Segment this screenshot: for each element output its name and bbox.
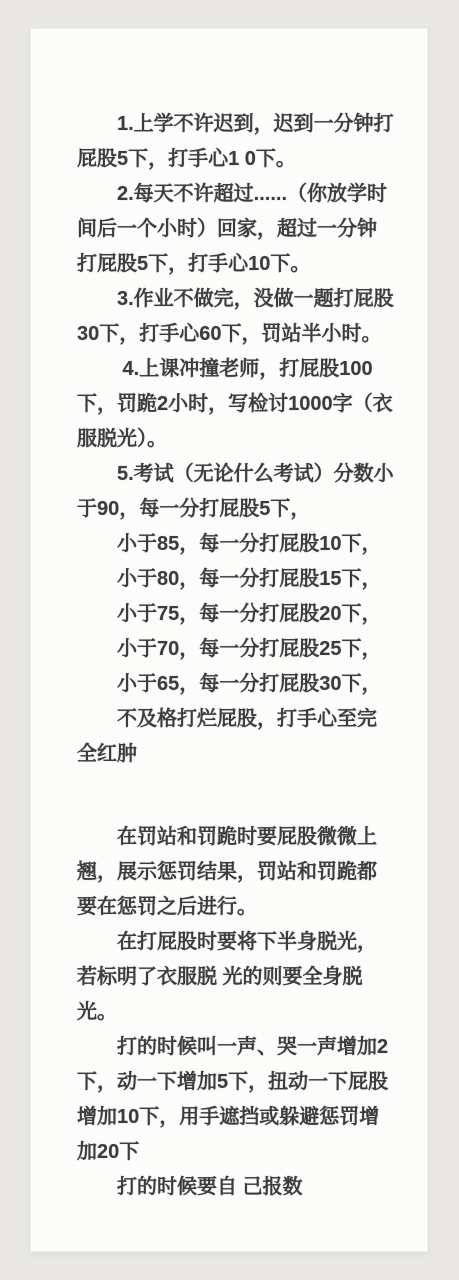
text-line: 打的时候要自 己报数 <box>77 1170 399 1205</box>
text-line: 小于70，每一分打屁股25下， <box>77 632 399 667</box>
text-line: 服脱光）。 <box>77 422 399 457</box>
photo-background: 1.上学不许迟到，迟到一分钟打屁股5下，打手心1 0下。2.每天不许超过....… <box>0 0 459 1280</box>
text-line: 要在惩罚之后进行。 <box>77 890 399 925</box>
paragraph-gap <box>77 772 399 820</box>
text-line: 小于80，每一分打屁股15下， <box>77 562 399 597</box>
text-line: 下，动一下增加5下，扭动一下屁股 <box>77 1065 399 1100</box>
text-line: 小于75，每一分打屁股20下， <box>77 597 399 632</box>
text-line: 不及格打烂屁股，打手心至完 <box>77 702 399 737</box>
text-line: 3.作业不做完，没做一题打屁股 <box>77 282 399 317</box>
text-line: 屁股5下，打手心1 0下。 <box>77 142 399 177</box>
text-line: 小于65，每一分打屁股30下， <box>77 667 399 702</box>
text-line: 下，罚跪2小时，写检讨1000字（衣 <box>77 387 399 422</box>
text-line: 加20下 <box>77 1135 399 1170</box>
text-line: 4.上课冲撞老师，打屁股100 <box>77 352 399 387</box>
text-line: 1.上学不许迟到，迟到一分钟打 <box>77 107 399 142</box>
text-line: 增加10下，用手遮挡或躲避惩罚增 <box>77 1100 399 1135</box>
text-line: 间后一个小时）回家，超过一分钟 <box>77 212 399 247</box>
text-line: 光。 <box>77 995 399 1030</box>
text-line: 在罚站和罚跪时要屁股微微上 <box>77 820 399 855</box>
text-line: 在打屁股时要将下半身脱光， <box>77 925 399 960</box>
text-line: 于90，每一分打屁股5下， <box>77 492 399 527</box>
text-line: 翘，展示惩罚结果，罚站和罚跪都 <box>77 855 399 890</box>
text-line: 打屁股5下，打手心10下。 <box>77 247 399 282</box>
text-line: 若标明了衣服脱 光的则要全身脱 <box>77 960 399 995</box>
document-body: 1.上学不许迟到，迟到一分钟打屁股5下，打手心1 0下。2.每天不许超过....… <box>31 29 427 1205</box>
text-line: 2.每天不许超过......（你放学时 <box>77 177 399 212</box>
text-line: 打的时候叫一声、哭一声增加2 <box>77 1030 399 1065</box>
text-line: 全红肿 <box>77 737 399 772</box>
text-line: 5.考试（无论什么考试）分数小 <box>77 457 399 492</box>
document-page: 1.上学不许迟到，迟到一分钟打屁股5下，打手心1 0下。2.每天不许超过....… <box>30 28 428 1252</box>
text-line: 30下，打手心60下，罚站半小时。 <box>77 317 399 352</box>
screenshot-root: { "colors": { "page_background": "#e9e8e… <box>0 0 459 1280</box>
text-line: 小于85，每一分打屁股10下， <box>77 527 399 562</box>
